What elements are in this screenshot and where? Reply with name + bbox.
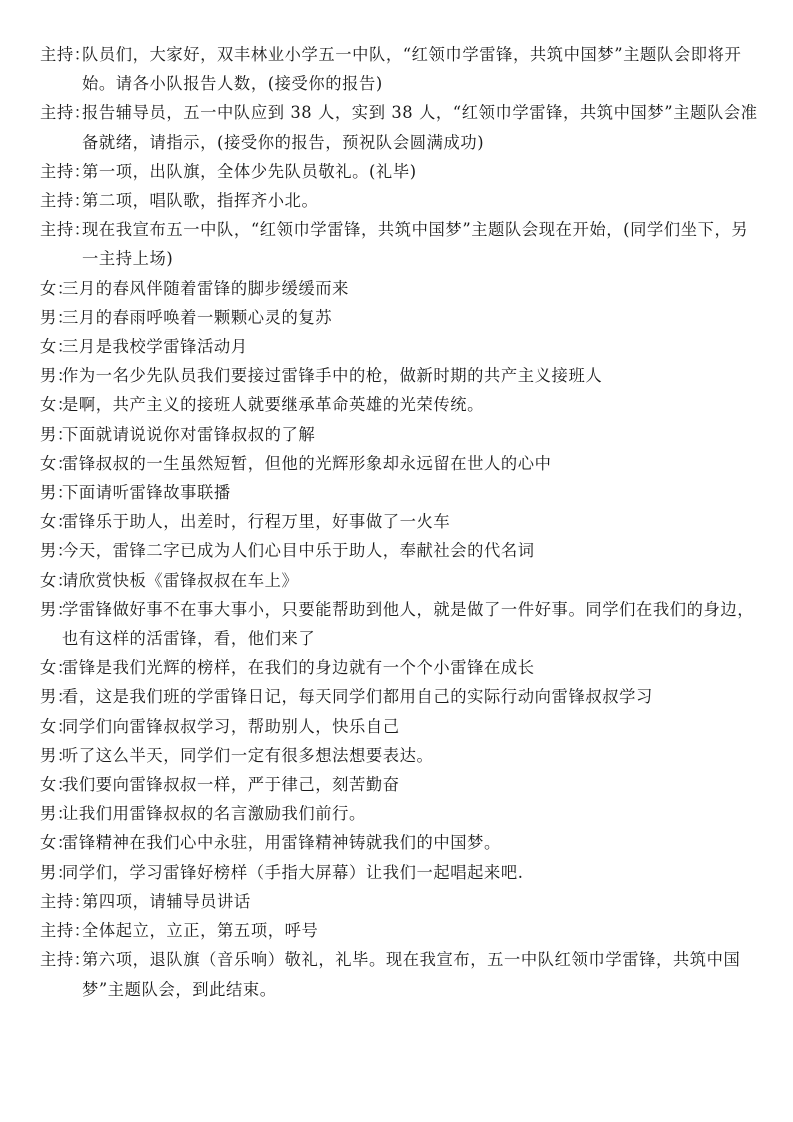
speaker-label: 主持： <box>40 916 82 945</box>
speech-text: 同学们向雷锋叔叔学习，帮助别人，快乐自己 <box>62 712 760 741</box>
speaker-label: 男： <box>40 858 62 887</box>
speaker-label: 主持： <box>40 887 82 916</box>
speech-text: 现在我宣布五一中队，“红领巾学雷锋，共筑中国梦”主题队会现在开始，(同学们坐下，… <box>82 215 760 273</box>
script-line: 女：三月的春风伴随着雷锋的脚步缓缓而来 <box>40 274 760 303</box>
speech-text: 我们要向雷锋叔叔一样，严于律己，刻苦勤奋 <box>62 770 760 799</box>
speaker-label: 主持： <box>40 40 82 69</box>
speech-text: 雷锋叔叔的一生虽然短暂，但他的光辉形象却永远留在世人的心中 <box>62 449 760 478</box>
speech-text: 今天，雷锋二字已成为人们心目中乐于助人，奉献社会的代名词 <box>62 536 760 565</box>
speaker-label: 男： <box>40 361 62 390</box>
speaker-label: 男： <box>40 595 62 624</box>
script-line: 女：是啊，共产主义的接班人就要继承革命英雄的光荣传统。 <box>40 390 760 419</box>
speech-text: 让我们用雷锋叔叔的名言激励我们前行。 <box>62 799 760 828</box>
speaker-label: 女： <box>40 507 62 536</box>
speech-text: 下面就请说说你对雷锋叔叔的了解 <box>62 420 760 449</box>
speaker-label: 男： <box>40 536 62 565</box>
speech-text: 下面请听雷锋故事联播 <box>62 478 760 507</box>
speech-text: 三月是我校学雷锋活动月 <box>62 332 760 361</box>
script-line: 主持：现在我宣布五一中队，“红领巾学雷锋，共筑中国梦”主题队会现在开始，(同学们… <box>40 215 760 273</box>
speaker-label: 主持： <box>40 186 82 215</box>
speech-text: 第四项，请辅导员讲话 <box>82 887 760 916</box>
speech-text: 队员们，大家好，双丰林业小学五一中队，“红领巾学雷锋，共筑中国梦”主题队会即将开… <box>82 40 760 98</box>
speaker-label: 女： <box>40 274 62 303</box>
speaker-label: 女： <box>40 770 62 799</box>
speech-text: 第六项，退队旗（音乐响）敬礼，礼毕。现在我宣布，五一中队红领巾学雷锋，共筑中国梦… <box>82 945 760 1003</box>
speaker-label: 主持： <box>40 945 82 974</box>
script-line: 女：三月是我校学雷锋活动月 <box>40 332 760 361</box>
speaker-label: 女： <box>40 712 62 741</box>
speaker-label: 女： <box>40 828 62 857</box>
speaker-label: 女： <box>40 332 62 361</box>
speaker-label: 男： <box>40 741 62 770</box>
speech-text: 雷锋是我们光辉的榜样，在我们的身边就有一个个小雷锋在成长 <box>62 653 760 682</box>
speech-text: 同学们，学习雷锋好榜样（手指大屏幕）让我们一起唱起来吧. <box>62 858 760 887</box>
speech-text: 第二项，唱队歌，指挥齐小北。 <box>82 186 760 215</box>
speech-text: 听了这么半天，同学们一定有很多想法想要表达。 <box>62 741 760 770</box>
speaker-label: 主持： <box>40 98 82 127</box>
speech-text: 报告辅导员，五一中队应到 38 人，实到 38 人，“红领巾学雷锋，共筑中国梦”… <box>82 98 760 156</box>
speech-text: 作为一名少先队员我们要接过雷锋手中的枪，做新时期的共产主义接班人 <box>62 361 760 390</box>
script-line: 男：让我们用雷锋叔叔的名言激励我们前行。 <box>40 799 760 828</box>
script-line: 男：下面请听雷锋故事联播 <box>40 478 760 507</box>
script-line: 男：看，这是我们班的学雷锋日记，每天同学们都用自己的实际行动向雷锋叔叔学习 <box>40 682 760 711</box>
script-line: 主持：第一项，出队旗，全体少先队员敬礼。(礼毕) <box>40 157 760 186</box>
speech-text: 第一项，出队旗，全体少先队员敬礼。(礼毕) <box>82 157 760 186</box>
script-line: 男：下面就请说说你对雷锋叔叔的了解 <box>40 420 760 449</box>
speaker-label: 主持： <box>40 215 82 244</box>
speech-text: 请欣赏快板《雷锋叔叔在车上》 <box>62 566 760 595</box>
speaker-label: 男： <box>40 303 62 332</box>
script-line: 男：作为一名少先队员我们要接过雷锋手中的枪，做新时期的共产主义接班人 <box>40 361 760 390</box>
script-line: 女：请欣赏快板《雷锋叔叔在车上》 <box>40 566 760 595</box>
speech-text: 是啊，共产主义的接班人就要继承革命英雄的光荣传统。 <box>62 390 760 419</box>
script-line: 主持：报告辅导员，五一中队应到 38 人，实到 38 人，“红领巾学雷锋，共筑中… <box>40 98 760 156</box>
speaker-label: 男： <box>40 478 62 507</box>
script-line: 女：雷锋乐于助人，出差时，行程万里，好事做了一火车 <box>40 507 760 536</box>
speaker-label: 女： <box>40 653 62 682</box>
speech-text: 三月的春风伴随着雷锋的脚步缓缓而来 <box>62 274 760 303</box>
speaker-label: 男： <box>40 420 62 449</box>
document-page: 主持：队员们，大家好，双丰林业小学五一中队，“红领巾学雷锋，共筑中国梦”主题队会… <box>40 40 760 1004</box>
script-line: 主持：第二项，唱队歌，指挥齐小北。 <box>40 186 760 215</box>
script-line: 主持：第六项，退队旗（音乐响）敬礼，礼毕。现在我宣布，五一中队红领巾学雷锋，共筑… <box>40 945 760 1003</box>
speech-text: 学雷锋做好事不在事大事小，只要能帮助到他人，就是做了一件好事。同学们在我们的身边… <box>62 595 760 653</box>
script-line: 主持：第四项，请辅导员讲话 <box>40 887 760 916</box>
script-line: 女：同学们向雷锋叔叔学习，帮助别人，快乐自己 <box>40 712 760 741</box>
speech-text: 雷锋乐于助人，出差时，行程万里，好事做了一火车 <box>62 507 760 536</box>
speech-text: 全体起立，立正，第五项，呼号 <box>82 916 760 945</box>
speech-text: 三月的春雨呼唤着一颗颗心灵的复苏 <box>62 303 760 332</box>
script-line: 女：雷锋精神在我们心中永驻，用雷锋精神铸就我们的中国梦。 <box>40 828 760 857</box>
speaker-label: 主持： <box>40 157 82 186</box>
speech-text: 看，这是我们班的学雷锋日记，每天同学们都用自己的实际行动向雷锋叔叔学习 <box>62 682 760 711</box>
speaker-label: 女： <box>40 390 62 419</box>
script-line: 主持：队员们，大家好，双丰林业小学五一中队，“红领巾学雷锋，共筑中国梦”主题队会… <box>40 40 760 98</box>
script-line: 男：三月的春雨呼唤着一颗颗心灵的复苏 <box>40 303 760 332</box>
script-line: 男：今天，雷锋二字已成为人们心目中乐于助人，奉献社会的代名词 <box>40 536 760 565</box>
script-line: 男：学雷锋做好事不在事大事小，只要能帮助到他人，就是做了一件好事。同学们在我们的… <box>40 595 760 653</box>
speaker-label: 女： <box>40 449 62 478</box>
speaker-label: 男： <box>40 682 62 711</box>
script-line: 女：我们要向雷锋叔叔一样，严于律己，刻苦勤奋 <box>40 770 760 799</box>
script-line: 女：雷锋是我们光辉的榜样，在我们的身边就有一个个小雷锋在成长 <box>40 653 760 682</box>
speaker-label: 女： <box>40 566 62 595</box>
speaker-label: 男： <box>40 799 62 828</box>
script-line: 主持：全体起立，立正，第五项，呼号 <box>40 916 760 945</box>
script-line: 女：雷锋叔叔的一生虽然短暂，但他的光辉形象却永远留在世人的心中 <box>40 449 760 478</box>
speech-text: 雷锋精神在我们心中永驻，用雷锋精神铸就我们的中国梦。 <box>62 828 760 857</box>
script-line: 男：听了这么半天，同学们一定有很多想法想要表达。 <box>40 741 760 770</box>
script-line: 男：同学们，学习雷锋好榜样（手指大屏幕）让我们一起唱起来吧. <box>40 858 760 887</box>
